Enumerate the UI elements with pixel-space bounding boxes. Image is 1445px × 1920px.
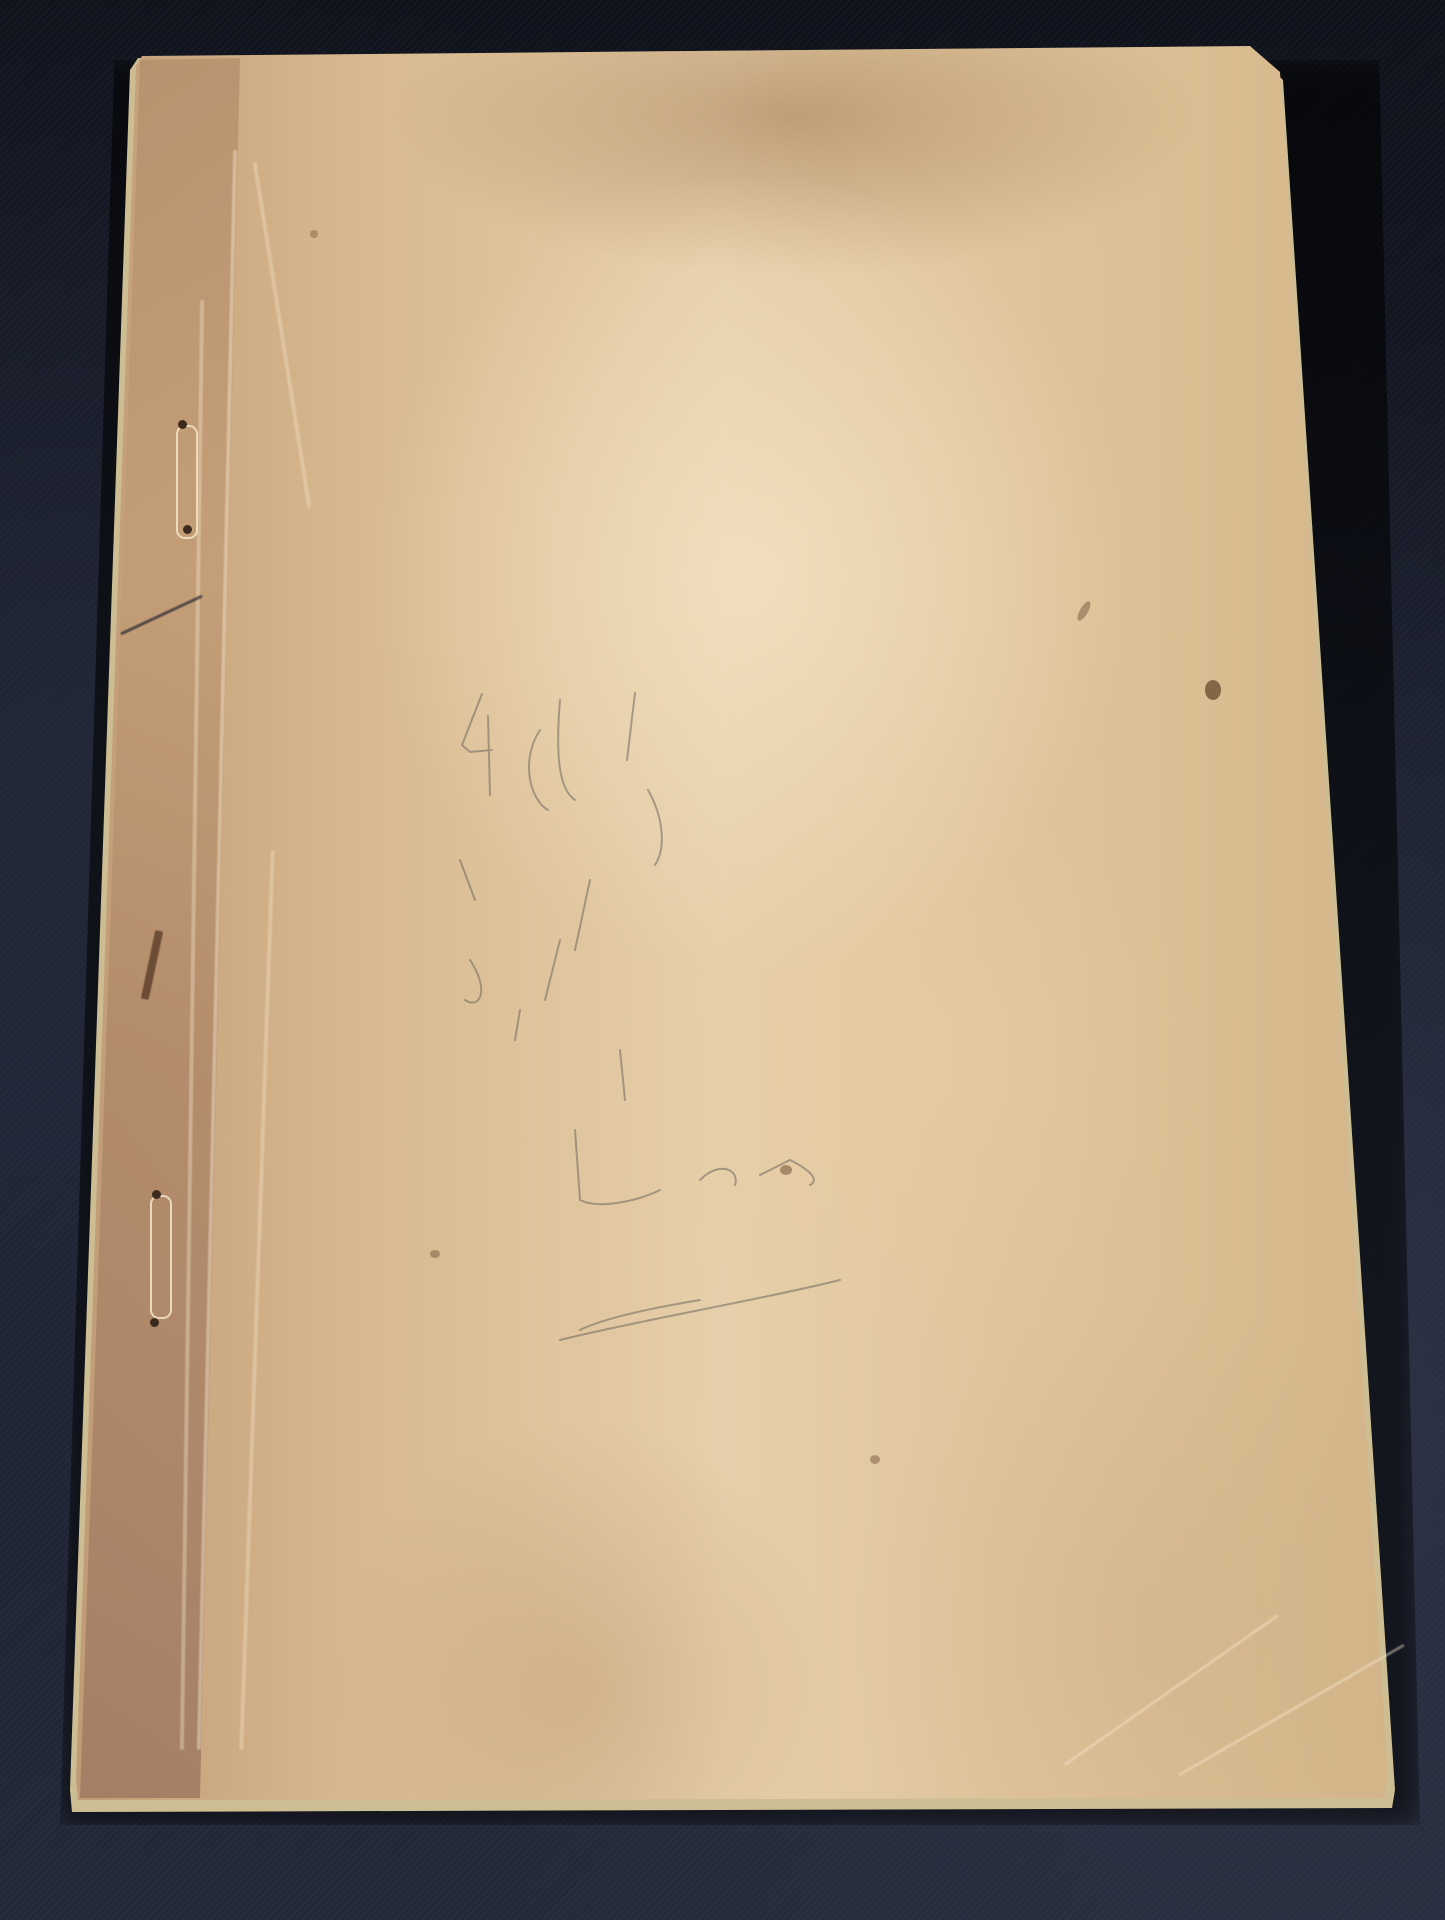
stain-spot: [430, 1250, 440, 1258]
stitch-hole: [183, 525, 192, 534]
binding-stitch-top: [176, 425, 198, 539]
stain-spot: [870, 1455, 880, 1464]
stitch-hole: [152, 1190, 161, 1199]
stain-spot: [1205, 680, 1221, 700]
binding-stitch-bottom: [150, 1195, 172, 1319]
stitch-hole: [178, 420, 187, 429]
stitch-hole: [150, 1318, 159, 1327]
stain-spot: [780, 1165, 792, 1175]
stain-spot: [310, 230, 318, 238]
